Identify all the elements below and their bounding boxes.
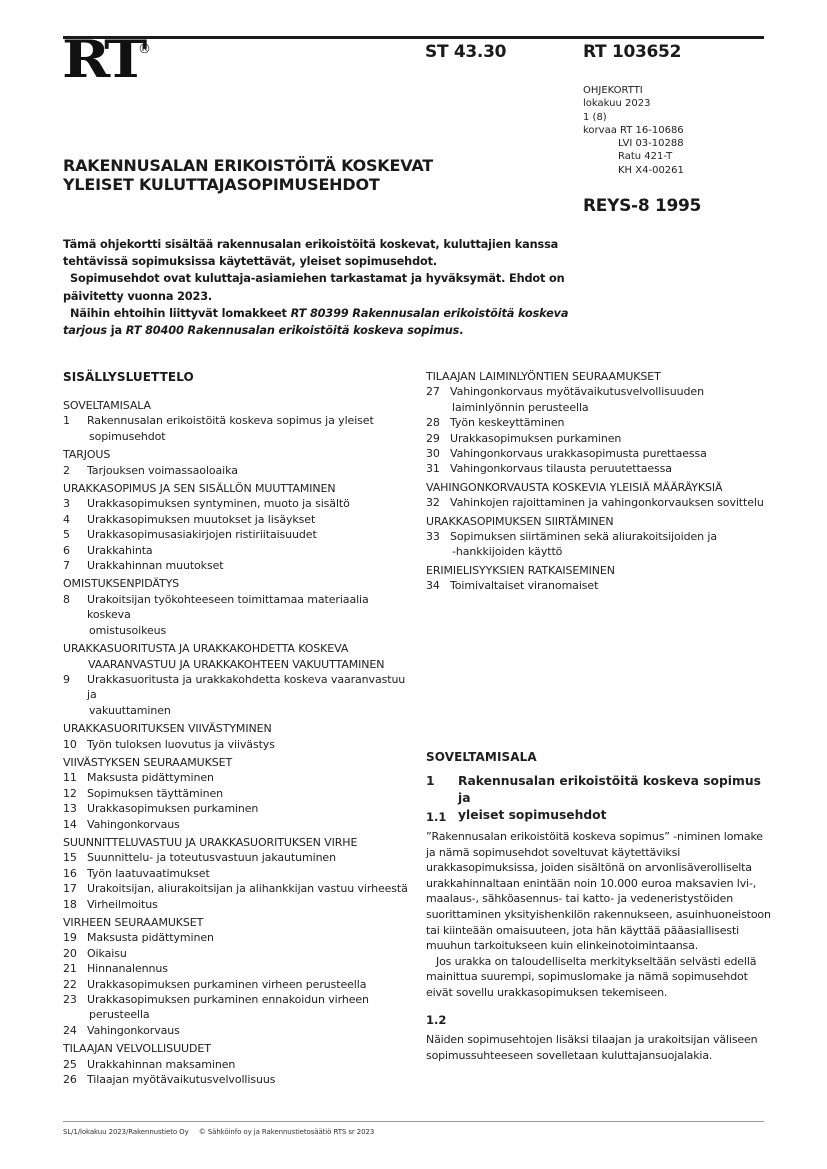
registered-mark-icon: ®: [138, 42, 151, 57]
toc-entry-number: 20: [63, 946, 87, 961]
toc-entry-title: Vahingonkorvaus: [87, 1023, 413, 1038]
toc-entry-title: Vahingonkorvaus urakkasopimusta purettae…: [450, 446, 776, 461]
toc-title: SISÄLLYSLUETTELO: [63, 370, 194, 384]
toc-section-heading[interactable]: TARJOUS: [63, 447, 413, 462]
rt-code: RT 103652: [583, 42, 681, 62]
toc-entry-number: 15: [63, 850, 87, 865]
toc-entry-title: Urakkasopimuksen purkaminen: [450, 431, 776, 446]
toc-section: TILAAJAN LAIMINLYÖNTIEN SEURAAMUKSET27Va…: [426, 369, 776, 477]
toc-entry-title: Työn tuloksen luovutus ja viivästys: [87, 737, 413, 752]
toc-section: VIIVÄSTYKSEN SEURAAMUKSET11Maksusta pidä…: [63, 755, 413, 832]
toc-right-column: TILAAJAN LAIMINLYÖNTIEN SEURAAMUKSET27Va…: [426, 369, 776, 594]
toc-entry[interactable]: 33Sopimuksen siirtäminen sekä aliurakoit…: [426, 529, 776, 560]
toc-entry-number: 32: [426, 495, 450, 510]
toc-entry[interactable]: 6Urakkahinta: [63, 543, 413, 558]
toc-entry[interactable]: 12Sopimuksen täyttäminen: [63, 786, 413, 801]
toc-entry-title: Vahingonkorvaus myötävaikutusvelvollisuu…: [450, 384, 776, 415]
paragraph: Jos urakka on taloudelliselta merkitykse…: [426, 954, 771, 1001]
toc-section-heading[interactable]: OMISTUKSENPIDÄTYS: [63, 576, 413, 591]
toc-entry-number: 30: [426, 446, 450, 461]
toc-entry-title: Suunnittelu- ja toteutusvastuun jakautum…: [87, 850, 413, 865]
toc-section: URAKKASUORITUKSEN VIIVÄSTYMINEN10Työn tu…: [63, 721, 413, 752]
title-line: RAKENNUSALAN ERIKOISTÖITÄ KOSKEVAT: [63, 156, 433, 175]
toc-entry[interactable]: 4Urakkasopimuksen muutokset ja lisäykset: [63, 512, 413, 527]
card-metadata: OHJEKORTTI lokakuu 2023 1 (8) korvaa RT …: [583, 84, 684, 177]
toc-entry-title: Urakkasopimuksen purkaminen virheen peru…: [87, 977, 413, 992]
toc-entry-title: Urakkasopimuksen purkaminen ennakoidun v…: [87, 992, 413, 1023]
toc-entry[interactable]: 26Tilaajan myötävaikutusvelvollisuus: [63, 1072, 413, 1087]
toc-entry-title: Urakoitsijan, aliurakoitsijan ja alihank…: [87, 881, 413, 896]
toc-entry-title: Urakkasopimuksen muutokset ja lisäykset: [87, 512, 413, 527]
toc-section: URAKKASOPIMUKSEN SIIRTÄMINEN33Sopimuksen…: [426, 514, 776, 560]
card-type: OHJEKORTTI: [583, 84, 684, 97]
toc-entry-title: Tarjouksen voimassaoloaika: [87, 463, 413, 478]
page-count: 1 (8): [583, 111, 684, 124]
toc-entry[interactable]: 17Urakoitsijan, aliurakoitsijan ja aliha…: [63, 881, 413, 896]
toc-section: TARJOUS2Tarjouksen voimassaoloaika: [63, 447, 413, 478]
toc-left-column: SOVELTAMISALA1Rakennusalan erikoistöitä …: [63, 398, 413, 1087]
toc-entry[interactable]: 19Maksusta pidättyminen: [63, 930, 413, 945]
toc-entry-number: 22: [63, 977, 87, 992]
toc-entry-number: 13: [63, 801, 87, 816]
reys-code: REYS-8 1995: [583, 196, 701, 216]
toc-section: TILAAJAN VELVOLLISUUDET25Urakkahinnan ma…: [63, 1041, 413, 1087]
toc-entry-number: 24: [63, 1023, 87, 1038]
toc-entry[interactable]: 2Tarjouksen voimassaoloaika: [63, 463, 413, 478]
subsection-text: ”Rakennusalan erikoistöitä koskeva sopim…: [426, 829, 771, 1001]
toc-entry-title: Vahingonkorvaus tilausta peruutettaessa: [450, 461, 776, 476]
toc-entry-number: 4: [63, 512, 87, 527]
subsection-number: 1.1: [426, 810, 771, 824]
toc-entry[interactable]: 20Oikaisu: [63, 946, 413, 961]
toc-section: SUUNNITTELUVASTUU JA URAKKASUORITUKSEN V…: [63, 835, 413, 912]
toc-section: VIRHEEN SEURAAMUKSET19Maksusta pidättymi…: [63, 915, 413, 1038]
toc-entry-title: Hinnanalennus: [87, 961, 413, 976]
toc-entry-title: Tilaajan myötävaikutusvelvollisuus: [87, 1072, 413, 1087]
toc-entry[interactable]: 5Urakkasopimusasiakirjojen ristiriitaisu…: [63, 527, 413, 542]
form-reference: RT 80400 Rakennusalan erikoistöitä koske…: [126, 324, 459, 337]
toc-entry[interactable]: 32Vahinkojen rajoittaminen ja vahingonko…: [426, 495, 776, 510]
toc-entry[interactable]: 30Vahingonkorvaus urakkasopimusta purett…: [426, 446, 776, 461]
toc-section-heading[interactable]: VIRHEEN SEURAAMUKSET: [63, 915, 413, 930]
toc-entry-number: 26: [63, 1072, 87, 1087]
toc-entry-number: 3: [63, 496, 87, 511]
toc-entry[interactable]: 8Urakoitsijan työkohteeseen toimittamaa …: [63, 592, 413, 638]
toc-entry[interactable]: 28Työn keskeyttäminen: [426, 415, 776, 430]
toc-entry-number: 27: [426, 384, 450, 415]
footer-rule: [63, 1121, 764, 1122]
toc-entry[interactable]: 14Vahingonkorvaus: [63, 817, 413, 832]
toc-entry[interactable]: 31Vahingonkorvaus tilausta peruutettaess…: [426, 461, 776, 476]
toc-entry[interactable]: 27Vahingonkorvaus myötävaikutusvelvollis…: [426, 384, 776, 415]
rt-logo: RT: [62, 34, 142, 85]
toc-entry[interactable]: 1Rakennusalan erikoistöitä koskeva sopim…: [63, 413, 413, 444]
toc-entry-title: Oikaisu: [87, 946, 413, 961]
replaces-extra: KH X4-00261: [583, 164, 684, 177]
toc-entry-title: Virheilmoitus: [87, 897, 413, 912]
st-code: ST 43.30: [425, 42, 506, 62]
toc-entry[interactable]: 29Urakkasopimuksen purkaminen: [426, 431, 776, 446]
card-date: lokakuu 2023: [583, 97, 684, 110]
toc-entry-number: 28: [426, 415, 450, 430]
toc-entry-title: Työn keskeyttäminen: [450, 415, 776, 430]
toc-section: ERIMIELISYYKSIEN RATKAISEMINEN34Toimival…: [426, 563, 776, 594]
toc-section-heading[interactable]: SOVELTAMISALA: [63, 398, 413, 413]
toc-entry-number: 1: [63, 413, 87, 444]
footer-publisher: SL/1/lokakuu 2023/Rakennustieto Oy: [63, 1128, 189, 1136]
title-line: YLEISET KULUTTAJASOPIMUSEHDOT: [63, 175, 433, 194]
toc-entry[interactable]: 25Urakkahinnan maksaminen: [63, 1057, 413, 1072]
toc-entry[interactable]: 15Suunnittelu- ja toteutusvastuun jakaut…: [63, 850, 413, 865]
toc-entry-number: 9: [63, 672, 87, 718]
toc-entry[interactable]: 7Urakkahinnan muutokset: [63, 558, 413, 573]
toc-entry[interactable]: 21Hinnanalennus: [63, 961, 413, 976]
toc-section-heading[interactable]: VAHINGONKORVAUSTA KOSKEVIA YLEISIÄ MÄÄRÄ…: [426, 480, 776, 495]
toc-entry-number: 11: [63, 770, 87, 785]
footer: SL/1/lokakuu 2023/Rakennustieto Oy © Säh…: [63, 1128, 374, 1136]
intro-paragraph: Sopimusehdot ovat kuluttaja-asiamiehen t…: [63, 270, 583, 304]
toc-entry-number: 2: [63, 463, 87, 478]
toc-entry[interactable]: 34Toimivaltaiset viranomaiset: [426, 578, 776, 593]
document-title: RAKENNUSALAN ERIKOISTÖITÄ KOSKEVAT YLEIS…: [63, 156, 433, 194]
toc-entry-number: 34: [426, 578, 450, 593]
replaces-extra: Ratu 421-T: [583, 150, 684, 163]
toc-entry-number: 23: [63, 992, 87, 1023]
toc-entry-number: 14: [63, 817, 87, 832]
toc-entry-title: Urakkasopimusasiakirjojen ristiriitaisuu…: [87, 527, 413, 542]
toc-entry-number: 19: [63, 930, 87, 945]
toc-entry[interactable]: 11Maksusta pidättyminen: [63, 770, 413, 785]
toc-entry-title: Urakkahinnan muutokset: [87, 558, 413, 573]
toc-entry[interactable]: 22Urakkasopimuksen purkaminen virheen pe…: [63, 977, 413, 992]
paragraph: Näiden sopimusehtojen lisäksi tilaajan j…: [426, 1032, 771, 1063]
toc-entry-title: Sopimuksen täyttäminen: [87, 786, 413, 801]
toc-entry-number: 12: [63, 786, 87, 801]
toc-entry-title: Vahinkojen rajoittaminen ja vahingonkorv…: [450, 495, 776, 510]
toc-section: OMISTUKSENPIDÄTYS8Urakoitsijan työkohtee…: [63, 576, 413, 638]
paragraph: ”Rakennusalan erikoistöitä koskeva sopim…: [426, 829, 771, 954]
subsection-number: 1.2: [426, 1013, 771, 1027]
toc-section: URAKKASOPIMUS JA SEN SISÄLLÖN MUUTTAMINE…: [63, 481, 413, 573]
toc-entry[interactable]: 23Urakkasopimuksen purkaminen ennakoidun…: [63, 992, 413, 1023]
toc-entry-title: Maksusta pidättyminen: [87, 770, 413, 785]
toc-entry[interactable]: 10Työn tuloksen luovutus ja viivästys: [63, 737, 413, 752]
toc-entry-number: 33: [426, 529, 450, 560]
toc-entry-title: Rakennusalan erikoistöitä koskeva sopimu…: [87, 413, 413, 444]
intro-paragraph: Tämä ohjekortti sisältää rakennusalan er…: [63, 236, 583, 270]
toc-section-heading[interactable]: URAKKASUORITUKSEN VIIVÄSTYMINEN: [63, 721, 413, 736]
replaces-extra: LVI 03-10288: [583, 137, 684, 150]
toc-section-heading[interactable]: VIIVÄSTYKSEN SEURAAMUKSET: [63, 755, 413, 770]
toc-section: VAHINGONKORVAUSTA KOSKEVIA YLEISIÄ MÄÄRÄ…: [426, 480, 776, 511]
subsection-text: Näiden sopimusehtojen lisäksi tilaajan j…: [426, 1032, 771, 1063]
toc-entry[interactable]: 3Urakkasopimuksen syntyminen, muoto ja s…: [63, 496, 413, 511]
toc-section-heading[interactable]: SUUNNITTELUVASTUU JA URAKKASUORITUKSEN V…: [63, 835, 413, 850]
toc-entry-number: 6: [63, 543, 87, 558]
toc-entry-title: Urakkasuoritusta ja urakkakohdetta koske…: [87, 672, 413, 718]
toc-entry-number: 8: [63, 592, 87, 638]
toc-entry-number: 17: [63, 881, 87, 896]
toc-section-heading[interactable]: ERIMIELISYYKSIEN RATKAISEMINEN: [426, 563, 776, 578]
footer-copyright: © Sähköinfo oy ja Rakennustietosäätiö RT…: [199, 1128, 374, 1136]
toc-entry-title: Urakkahinnan maksaminen: [87, 1057, 413, 1072]
toc-entry-title: Urakkahinta: [87, 543, 413, 558]
toc-entry-number: 16: [63, 866, 87, 881]
section-heading: SOVELTAMISALA: [426, 750, 771, 764]
toc-entry-number: 7: [63, 558, 87, 573]
toc-entry-number: 25: [63, 1057, 87, 1072]
toc-entry-title: Vahingonkorvaus: [87, 817, 413, 832]
toc-section-heading[interactable]: TILAAJAN LAIMINLYÖNTIEN SEURAAMUKSET: [426, 369, 776, 384]
toc-entry-number: 18: [63, 897, 87, 912]
toc-entry-number: 21: [63, 961, 87, 976]
toc-entry-number: 5: [63, 527, 87, 542]
toc-entry[interactable]: 18Virheilmoitus: [63, 897, 413, 912]
toc-section-heading[interactable]: URAKKASOPIMUS JA SEN SISÄLLÖN MUUTTAMINE…: [63, 481, 413, 496]
toc-entry-title: Urakkasopimuksen purkaminen: [87, 801, 413, 816]
toc-entry-title: Maksusta pidättyminen: [87, 930, 413, 945]
toc-entry-title: Toimivaltaiset viranomaiset: [450, 578, 776, 593]
intro-paragraph: Näihin ehtoihin liittyvät lomakkeet RT 8…: [63, 305, 583, 339]
toc-entry-number: 10: [63, 737, 87, 752]
toc-section: SOVELTAMISALA1Rakennusalan erikoistöitä …: [63, 398, 413, 444]
toc-entry-title: Sopimuksen siirtäminen sekä aliurakoitsi…: [450, 529, 776, 560]
toc-entry[interactable]: 13Urakkasopimuksen purkaminen: [63, 801, 413, 816]
toc-entry-title: Työn laatuvaatimukset: [87, 866, 413, 881]
toc-entry-title: Urakoitsijan työkohteeseen toimittamaa m…: [87, 592, 413, 638]
toc-entry-number: 29: [426, 431, 450, 446]
top-rule: [63, 36, 764, 39]
replaces-line: korvaa RT 16-10686: [583, 124, 684, 137]
toc-section-heading[interactable]: TILAAJAN VELVOLLISUUDET: [63, 1041, 413, 1056]
intro-text: Tämä ohjekortti sisältää rakennusalan er…: [63, 236, 583, 339]
toc-entry-title: Urakkasopimuksen syntyminen, muoto ja si…: [87, 496, 413, 511]
toc-entry[interactable]: 16Työn laatuvaatimukset: [63, 866, 413, 881]
toc-entry[interactable]: 24Vahingonkorvaus: [63, 1023, 413, 1038]
toc-section: URAKKASUORITUSTA JA URAKKAKOHDETTA KOSKE…: [63, 641, 413, 718]
toc-entry[interactable]: 9Urakkasuoritusta ja urakkakohdetta kosk…: [63, 672, 413, 718]
toc-section-heading[interactable]: URAKKASUORITUSTA JA URAKKAKOHDETTA KOSKE…: [63, 641, 413, 672]
toc-section-heading[interactable]: URAKKASOPIMUKSEN SIIRTÄMINEN: [426, 514, 776, 529]
toc-entry-number: 31: [426, 461, 450, 476]
